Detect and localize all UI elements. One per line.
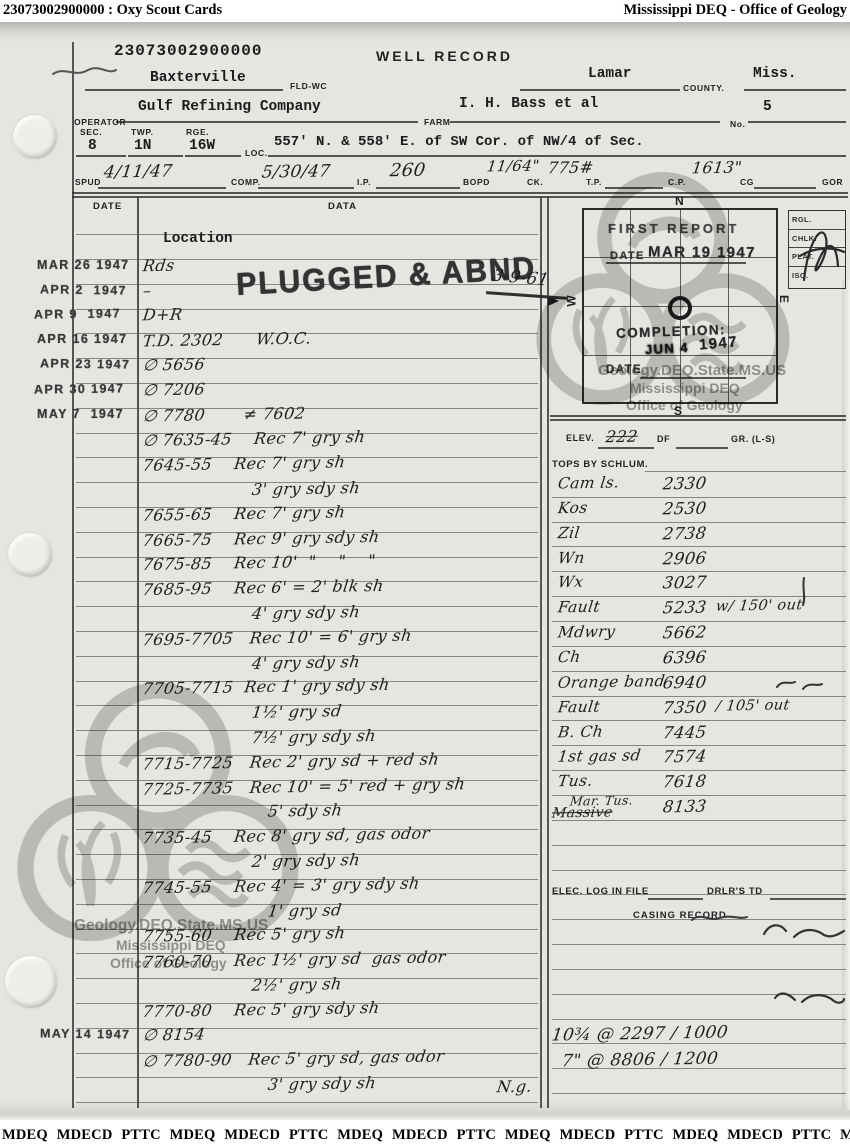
pen-mark — [775, 676, 825, 694]
ledger-entry: 7655-65 Rec 7' gry sh — [142, 502, 347, 525]
field-value: Baxterville — [150, 70, 246, 86]
tops-depth: 2530 — [662, 499, 708, 519]
tops-depth: 2906 — [662, 548, 708, 568]
pen-mark — [690, 910, 750, 926]
tops-depth: 3027 — [662, 573, 708, 593]
ledger-entry: ∅ 7780 ≠ 7602 — [142, 403, 307, 425]
tops-depth: 8133 — [662, 797, 708, 817]
farm-value: I. H. Bass et al — [459, 96, 598, 112]
tops-depth: 2738 — [662, 523, 708, 543]
elev-df-underline — [676, 447, 728, 449]
ledger-entry: 3' gry sdy sh — [251, 478, 362, 499]
print-header-right: Mississippi DEQ - Office of Geology — [623, 2, 847, 22]
tops-name: B. Ch — [557, 722, 604, 741]
elev-gr-label: GR. (L-S) — [731, 434, 775, 444]
ledger-entry: Location — [163, 231, 233, 247]
well-no-value: 5 — [763, 99, 772, 115]
well-number: 23073002900000 — [114, 42, 262, 60]
ruled-line — [552, 944, 846, 945]
tops-heading: TOPS BY SCHLUM. — [552, 459, 648, 470]
ruled-line — [552, 845, 846, 846]
tops-name: Zil — [557, 523, 581, 541]
ip-value: 260 — [389, 160, 427, 182]
watermark-line2: Mississippi DEQ — [116, 937, 226, 953]
ruled-line — [76, 234, 538, 235]
ruled-line — [552, 522, 846, 523]
pen-mark — [50, 62, 120, 82]
tops-depth: 6940 — [662, 672, 708, 692]
county-value: Lamar — [588, 66, 632, 82]
ledger-date-stamp: APR 30 1947 — [34, 381, 125, 396]
elec-log-underline — [648, 898, 703, 900]
ledger-entry: 4' gry sdy sh — [251, 652, 362, 673]
spud-underline — [98, 187, 226, 189]
gor-label: GOR — [822, 177, 843, 187]
tops-depth: 5233 — [662, 598, 708, 618]
sec-underline — [76, 155, 126, 157]
ledger-entry: 7770-80 Rec 5' gry sdy sh — [142, 998, 381, 1021]
state-value: Miss. — [753, 66, 797, 82]
tops-name: 1st gas sd — [557, 747, 642, 766]
tops-depth: 7350 — [662, 697, 708, 717]
print-header-bar: 23073002900000 : Oxy Scout Cards Mississ… — [0, 0, 850, 22]
signature-squiggle — [792, 212, 850, 292]
tops-depth: 7574 — [662, 747, 708, 767]
ledger-date-stamp: APR 9 1947 — [34, 307, 121, 322]
casing-entry: 10¾ @ 2297 / 1000 — [551, 1022, 730, 1045]
hole-punch-middle — [8, 533, 52, 577]
tops-name: Wx — [557, 573, 585, 591]
comp-label: COMP. — [231, 177, 261, 187]
watermark-line2: Mississippi DEQ — [630, 380, 740, 396]
well-no-underline — [748, 121, 846, 123]
field-underline — [85, 89, 283, 91]
elev-label: ELEV. — [566, 433, 594, 443]
watermark-line1: Geology.DEQ.State.MS.US — [598, 362, 786, 379]
ruled-line — [552, 696, 846, 697]
date-column-header: DATE — [93, 201, 122, 212]
watermark-line3: Office of Geology — [110, 955, 227, 971]
well-no-label: No. — [730, 119, 746, 129]
watermark-line1: Geology.DEQ.State.MS.US — [74, 917, 268, 935]
ledger-entry: ∅ 5656 — [142, 354, 207, 374]
ledger-date-stamp: MAY 7 1947 — [37, 407, 124, 421]
operator-underline — [116, 121, 418, 123]
tops-heading-underline — [645, 471, 846, 472]
pen-mark — [760, 918, 846, 944]
elec-log-label: ELEC. LOG IN FILE — [552, 886, 649, 897]
farm-underline — [450, 121, 720, 123]
ruled-line — [552, 646, 846, 647]
print-header-left: 23073002900000 : Oxy Scout Cards — [3, 2, 222, 22]
comp-value: 5/30/47 — [261, 161, 332, 182]
tops-depth: 6396 — [662, 648, 708, 668]
tops-name: Fault — [557, 598, 601, 617]
comp-underline — [258, 187, 354, 189]
tops-name: Kos — [557, 499, 589, 518]
elev-underline — [598, 447, 654, 449]
print-footer-text: MDEQ MDECD PTTC MDEQ MDECD PTTC MDEQ MDE… — [2, 1127, 848, 1144]
tops-name: Mdwry — [557, 623, 617, 642]
tops-name: Wn — [557, 548, 586, 566]
state-underline — [744, 89, 846, 91]
tops-name: Orange band — [557, 672, 666, 692]
twp-label: TWP. — [131, 127, 154, 137]
hole-punch-top — [13, 115, 57, 159]
ledger-entry: ∅ 8154 — [142, 1024, 207, 1044]
drlrs-td-underline — [770, 898, 846, 900]
tops-name: Cam ls. — [557, 473, 621, 492]
ledger-entry: ∅ 7206 — [142, 379, 207, 399]
twp-underline — [128, 155, 183, 157]
scanned-well-record-page: 23073002900000 : Oxy Scout Cards Mississ… — [0, 0, 850, 1147]
ledger-entry: T.D. 2302 W.O.C. — [142, 329, 313, 351]
tops-depth: 7618 — [662, 772, 708, 792]
rge-value: 16W — [189, 138, 215, 154]
tops-depth: 2330 — [662, 474, 708, 494]
ledger-note: N.g. — [496, 1077, 533, 1097]
loc-label: LOC. — [245, 148, 268, 158]
operator-value: Gulf Refining Company — [138, 99, 321, 115]
ruled-line — [552, 546, 846, 547]
pen-mark — [772, 986, 846, 1008]
tops-note: / 105' out — [715, 697, 791, 714]
bopd-label: BOPD — [463, 177, 490, 187]
loc-value: 557' N. & 558' E. of SW Cor. of NW/4 of … — [274, 134, 644, 150]
ruled-line — [552, 671, 846, 672]
ruled-line — [76, 1102, 538, 1103]
ledger-date-stamp: APR 23 1947 — [40, 356, 131, 371]
tops-name: Tus. — [557, 772, 594, 791]
tops-name: Fault — [557, 697, 601, 716]
ledger-entry: 4' gry sdy sh — [251, 602, 362, 623]
ledger-entry: 7645-55 Rec 7' gry sh — [142, 452, 347, 475]
county-underline — [520, 89, 680, 91]
field-label: FLD-WC — [290, 81, 327, 91]
sec-value: 8 — [88, 138, 97, 154]
elev-value: 222 — [605, 427, 639, 447]
sec-label: SEC. — [80, 127, 102, 137]
tops-name: Ch — [557, 648, 582, 666]
rge-label: RGE. — [186, 127, 209, 137]
pen-mark — [798, 576, 810, 608]
ip-underline — [376, 187, 460, 189]
ruled-line — [552, 720, 846, 721]
rge-underline — [185, 155, 241, 157]
farm-label: FARM — [424, 117, 450, 127]
ruled-line — [552, 969, 846, 970]
casing-entry: 7" @ 8806 / 1200 — [561, 1049, 720, 1072]
twp-value: 1N — [134, 138, 151, 154]
watermark-line3: Office of Geology — [626, 397, 743, 413]
data-column-header: DATA — [328, 201, 357, 212]
ruled-line — [552, 1019, 846, 1020]
loc-underline — [268, 155, 846, 157]
spud-label: SPUD — [75, 177, 101, 187]
tops-note: w/ 150' out — [715, 598, 804, 616]
tops-depth: 5662 — [662, 623, 708, 643]
ledger-date-stamp: MAY 14 1947 — [40, 1026, 131, 1041]
tops-depth: 7445 — [662, 722, 708, 742]
drlrs-td-label: DRLR'S TD — [707, 886, 763, 897]
ruled-line — [552, 870, 846, 871]
ip-label: I.P. — [357, 177, 371, 187]
elev-df-label: DF — [657, 434, 670, 444]
tops-name-struck: Massive — [551, 804, 614, 821]
ledger-entry: D+R — [142, 305, 184, 325]
ledger-entry: 3' gry sdy sh — [267, 1073, 378, 1094]
ledger-date-stamp: MAR 26 1947 — [37, 258, 130, 272]
ledger-date-stamp: APR 2 1947 — [40, 282, 127, 297]
card-title: WELL RECORD — [376, 48, 513, 64]
ruled-line — [552, 1093, 846, 1094]
scan-top-shadow — [0, 22, 850, 42]
ledger-entry: 7665-75 Rec 9' gry sdy sh — [142, 527, 381, 550]
ledger-date-stamp: APR 16 1947 — [37, 332, 127, 346]
ruled-line — [552, 497, 846, 498]
spud-value: 4/11/47 — [103, 161, 174, 182]
county-label: COUNTY. — [683, 83, 725, 93]
ledger-entry: Rds — [142, 256, 176, 276]
